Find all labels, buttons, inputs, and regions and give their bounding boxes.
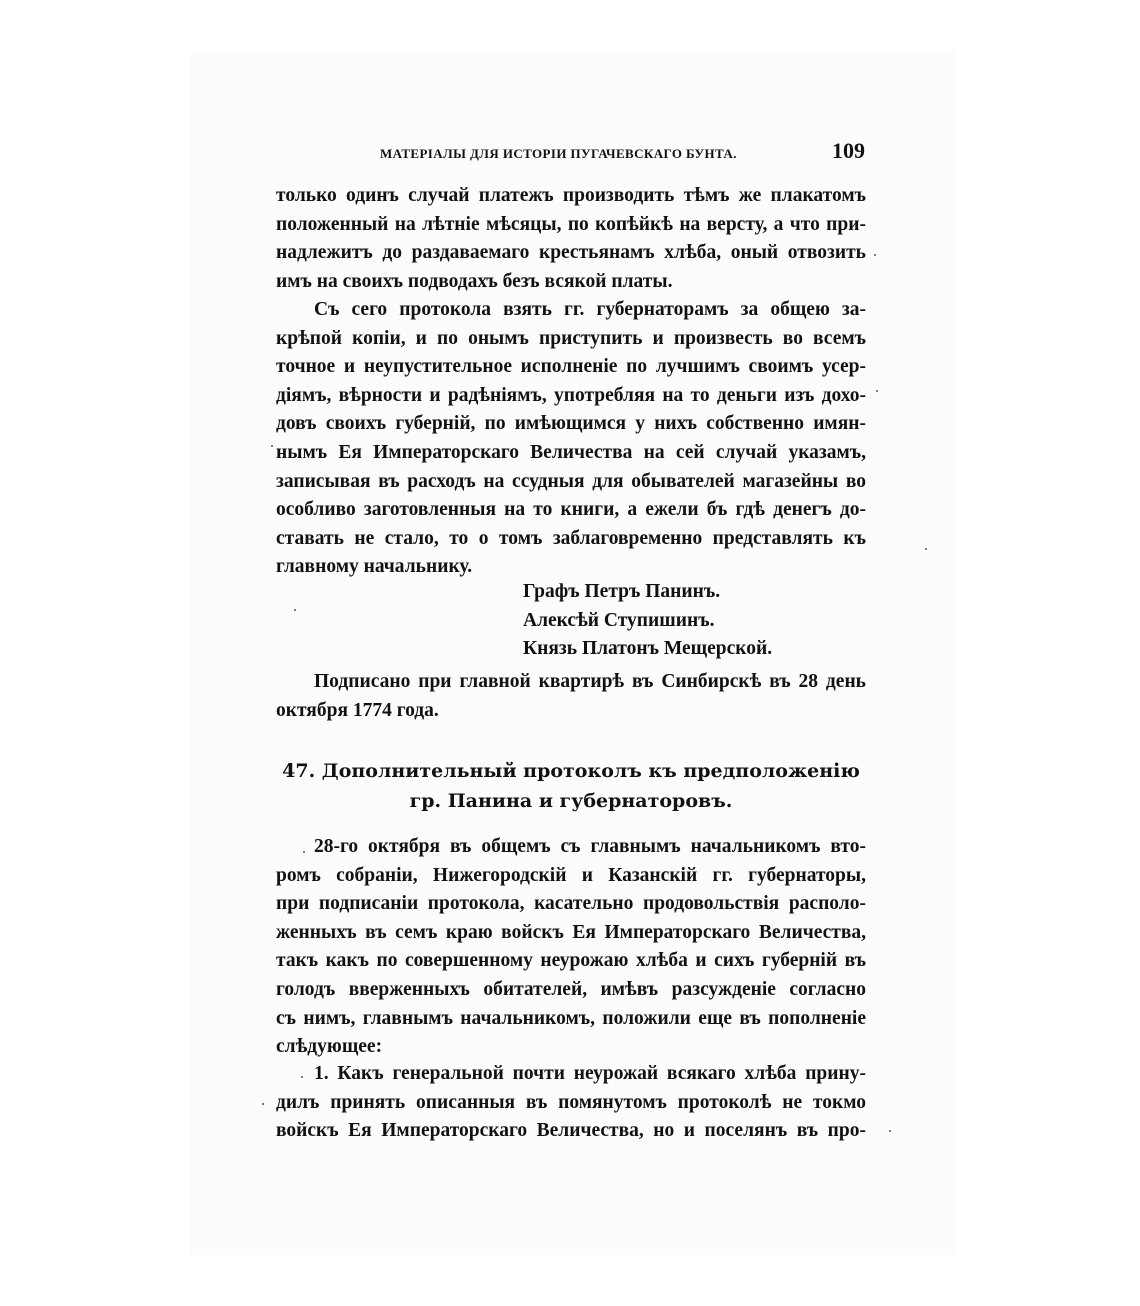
text-line: такъ какъ по совершенному неурожаю хлѣба… [276, 947, 866, 976]
scan-speck [303, 851, 305, 853]
text-line: нымъ Ея Императорскаго Величества на сей… [276, 439, 866, 468]
running-title: МАТЕРІАЛЫ ДЛЯ ИСТОРІИ ПУГАЧЕВСКАГО БУНТА… [380, 146, 737, 162]
section-heading-line-1: 47. Дополнительный протоколъ къ предполо… [276, 756, 866, 786]
text-line: октября 1774 года. [276, 697, 866, 726]
scan-speck [876, 390, 878, 392]
scan-speck [294, 609, 296, 611]
text-line: съ нимъ, главнымъ начальникомъ, положили… [276, 1005, 866, 1034]
signature-panin: Графъ Петръ Панинъ. [523, 578, 772, 607]
text-line: особливо заготовленныя на то книги, а еж… [276, 496, 866, 525]
text-line: записывая въ расходъ на ссудныя для обыв… [276, 468, 866, 497]
scan-speck [874, 254, 876, 256]
text-line: довъ своихъ губерній, по имѣющимся у них… [276, 410, 866, 439]
page-number: 109 [832, 138, 865, 164]
running-head: МАТЕРІАЛЫ ДЛЯ ИСТОРІИ ПУГАЧЕВСКАГО БУНТА… [380, 138, 865, 162]
section-heading-line-2: гр. Панина и губернаторовъ. [276, 786, 866, 816]
paragraph-item-1: 1. Какъ генеральной почти неурожай всяка… [276, 1060, 866, 1146]
text-line: войскъ Ея Императорскаго Величества, но … [276, 1117, 866, 1146]
signature-meshcherskoy: Князь Платонъ Мещерской. [523, 635, 772, 664]
text-line: діямъ, вѣрности и радѣніямъ, употребляя … [276, 382, 866, 411]
paragraph-supplementary: 28-го октября въ общемъ съ главнымъ нача… [276, 833, 866, 1062]
text-line: положенный на лѣтніе мѣсяцы, по копѣйкѣ … [276, 211, 866, 240]
text-line: крѣпой копіи, и по онымъ приступить и пр… [276, 325, 866, 354]
text-line: 28-го октября въ общемъ съ главнымъ нача… [276, 833, 866, 862]
text-line: Подписано при главной квартирѣ въ Синбир… [276, 668, 866, 697]
text-line: 1. Какъ генеральной почти неурожай всяка… [276, 1060, 866, 1089]
paragraph-signed: Подписано при главной квартирѣ въ Синбир… [276, 668, 866, 725]
paragraph-continuation: только одинъ случай платежъ производить … [276, 182, 866, 296]
scan-speck [889, 1130, 891, 1132]
text-line: голодъ вверженныхъ обитателей, имѣвъ раз… [276, 976, 866, 1005]
signature-stupishin: Алексѣй Ступишинъ. [523, 607, 772, 636]
scan-speck [271, 445, 273, 447]
text-line: дилъ принять описанныя въ помянутомъ про… [276, 1089, 866, 1118]
text-line: слѣдующее: [276, 1033, 866, 1062]
scan-speck [925, 548, 927, 550]
text-line: ставать не стало, то о томъ заблаговреме… [276, 525, 866, 554]
text-line: только одинъ случай платежъ производить … [276, 182, 866, 211]
text-line: надлежитъ до раздаваемаго крестьянамъ хл… [276, 239, 866, 268]
signature-block: Графъ Петръ Панинъ. Алексѣй Ступишинъ. К… [523, 578, 772, 664]
scan-speck [301, 1076, 303, 1078]
section-heading: 47. Дополнительный протоколъ къ предполо… [276, 756, 866, 816]
text-line: Съ сего протокола взять гг. губернаторам… [276, 296, 866, 325]
scan-speck [262, 1103, 264, 1105]
text-line: при подписаніи протокола, касательно про… [276, 890, 866, 919]
text-line: имъ на своихъ подводахъ безъ всякой плат… [276, 268, 866, 297]
text-line: ромъ собраніи, Нижегородскій и Казанскій… [276, 862, 866, 891]
paragraph-instructions: Съ сего протокола взять гг. губернаторам… [276, 296, 866, 582]
text-line: женныхъ въ семъ краю войскъ Ея Император… [276, 919, 866, 948]
text-line: точное и неупустительное исполненіе по л… [276, 353, 866, 382]
